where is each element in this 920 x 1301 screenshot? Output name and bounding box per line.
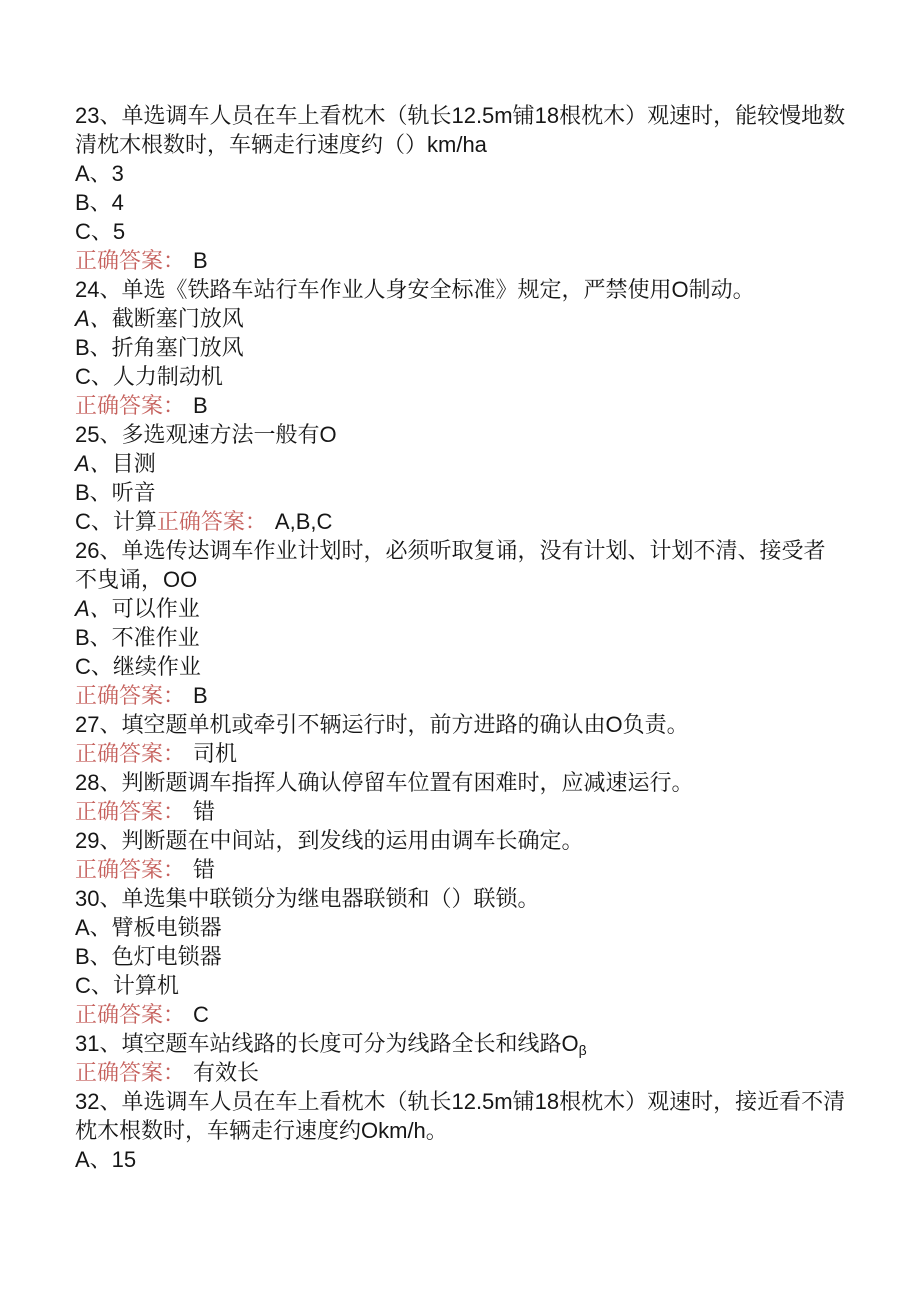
answer-line: 正确答案：C bbox=[75, 1000, 875, 1029]
option-c: C、计算 bbox=[75, 509, 157, 534]
option-c: C、继续作业 bbox=[75, 652, 875, 681]
question-block-28: 28、判断题调车指挥人确认停留车位置有困难时，应减速运行。 正确答案：错 bbox=[75, 768, 875, 826]
question-text: 24、单选《铁路车站行车作业人身安全标准》规定，严禁使用O制动。 bbox=[75, 275, 875, 304]
option-c: C、人力制动机 bbox=[75, 362, 875, 391]
answer-line: 正确答案：B bbox=[75, 681, 875, 710]
answer-label: 正确答案： bbox=[75, 683, 185, 708]
question-text: 26、单选传达调车作业计划时，必须听取复诵，没有计划、计划不清、接受者 bbox=[75, 536, 875, 565]
question-block-30: 30、单选集中联锁分为继电器联锁和（）联锁。 A、臂板电锁器 B、色灯电锁器 C… bbox=[75, 884, 875, 1029]
question-block-25: 25、多选观速方法一般有O A、目测 B、听音 C、计算正确答案：A,B,C bbox=[75, 420, 875, 536]
option-a: A、15 bbox=[75, 1145, 875, 1174]
question-text: 30、单选集中联锁分为继电器联锁和（）联锁。 bbox=[75, 884, 875, 913]
question-text: 枕木根数时，车辆走行速度约Okm/h。 bbox=[75, 1116, 875, 1145]
exam-document-page: 23、单选调车人员在车上看枕木（轨长12.5m铺18根枕木）观速时，能较慢地数 … bbox=[75, 101, 875, 1174]
answer-label: 正确答案： bbox=[157, 509, 267, 534]
answer-line: 正确答案：错 bbox=[75, 855, 875, 884]
question-text: 25、多选观速方法一般有O bbox=[75, 420, 875, 449]
question-block-26: 26、单选传达调车作业计划时，必须听取复诵，没有计划、计划不清、接受者 不曳诵，… bbox=[75, 536, 875, 710]
answer-line: 正确答案：有效长 bbox=[75, 1058, 875, 1087]
subscript-beta: β bbox=[579, 1042, 587, 1058]
answer-label: 正确答案： bbox=[75, 857, 185, 882]
question-block-23: 23、单选调车人员在车上看枕木（轨长12.5m铺18根枕木）观速时，能较慢地数 … bbox=[75, 101, 875, 275]
answer-value: B bbox=[193, 393, 208, 418]
question-text: 27、填空题单机或牵引不辆运行时，前方进路的确认由O负责。 bbox=[75, 710, 875, 739]
question-block-24: 24、单选《铁路车站行车作业人身安全标准》规定，严禁使用O制动。 A、截断塞门放… bbox=[75, 275, 875, 420]
option-c: C、计算机 bbox=[75, 971, 875, 1000]
option-a: A、臂板电锁器 bbox=[75, 913, 875, 942]
answer-label: 正确答案： bbox=[75, 1002, 185, 1027]
question-text-main: 31、填空题车站线路的长度可分为线路全长和线路O bbox=[75, 1031, 579, 1056]
answer-label: 正确答案： bbox=[75, 393, 185, 418]
answer-label: 正确答案： bbox=[75, 248, 185, 273]
question-block-31: 31、填空题车站线路的长度可分为线路全长和线路Oβ 正确答案：有效长 bbox=[75, 1029, 875, 1087]
answer-line: 正确答案：B bbox=[75, 246, 875, 275]
answer-value: B bbox=[193, 248, 208, 273]
option-a: A、目测 bbox=[75, 449, 875, 478]
option-b: B、4 bbox=[75, 188, 875, 217]
option-a: A、可以作业 bbox=[75, 594, 875, 623]
answer-value: B bbox=[193, 683, 208, 708]
answer-value: A,B,C bbox=[275, 509, 332, 534]
answer-value: 错 bbox=[193, 857, 215, 882]
option-c: C、5 bbox=[75, 217, 875, 246]
answer-line: 正确答案：B bbox=[75, 391, 875, 420]
question-text: 23、单选调车人员在车上看枕木（轨长12.5m铺18根枕木）观速时，能较慢地数 bbox=[75, 101, 875, 130]
question-text: 31、填空题车站线路的长度可分为线路全长和线路Oβ bbox=[75, 1029, 875, 1058]
answer-label: 正确答案： bbox=[75, 799, 185, 824]
answer-line: 正确答案：司机 bbox=[75, 739, 875, 768]
option-c-with-answer: C、计算正确答案：A,B,C bbox=[75, 507, 875, 536]
option-b: B、色灯电锁器 bbox=[75, 942, 875, 971]
question-text: 32、单选调车人员在车上看枕木（轨长12.5m铺18根枕木）观速时，接近看不清 bbox=[75, 1087, 875, 1116]
answer-line: 正确答案：错 bbox=[75, 797, 875, 826]
option-b: B、听音 bbox=[75, 478, 875, 507]
option-a: A、截断塞门放风 bbox=[75, 304, 875, 333]
answer-value: C bbox=[193, 1002, 209, 1027]
question-text: 29、判断题在中间站，到发线的运用由调车长确定。 bbox=[75, 826, 875, 855]
answer-label: 正确答案： bbox=[75, 741, 185, 766]
question-block-29: 29、判断题在中间站，到发线的运用由调车长确定。 正确答案：错 bbox=[75, 826, 875, 884]
answer-value: 司机 bbox=[193, 741, 237, 766]
question-text: 不曳诵，OO bbox=[75, 565, 875, 594]
answer-value: 有效长 bbox=[193, 1060, 259, 1085]
question-text: 清枕木根数时，车辆走行速度约（）km/ha bbox=[75, 130, 875, 159]
option-b: B、折角塞门放风 bbox=[75, 333, 875, 362]
question-block-27: 27、填空题单机或牵引不辆运行时，前方进路的确认由O负责。 正确答案：司机 bbox=[75, 710, 875, 768]
question-text: 28、判断题调车指挥人确认停留车位置有困难时，应减速运行。 bbox=[75, 768, 875, 797]
answer-label: 正确答案： bbox=[75, 1060, 185, 1085]
option-b: B、不准作业 bbox=[75, 623, 875, 652]
question-block-32: 32、单选调车人员在车上看枕木（轨长12.5m铺18根枕木）观速时，接近看不清 … bbox=[75, 1087, 875, 1174]
answer-value: 错 bbox=[193, 799, 215, 824]
option-a: A、3 bbox=[75, 159, 875, 188]
